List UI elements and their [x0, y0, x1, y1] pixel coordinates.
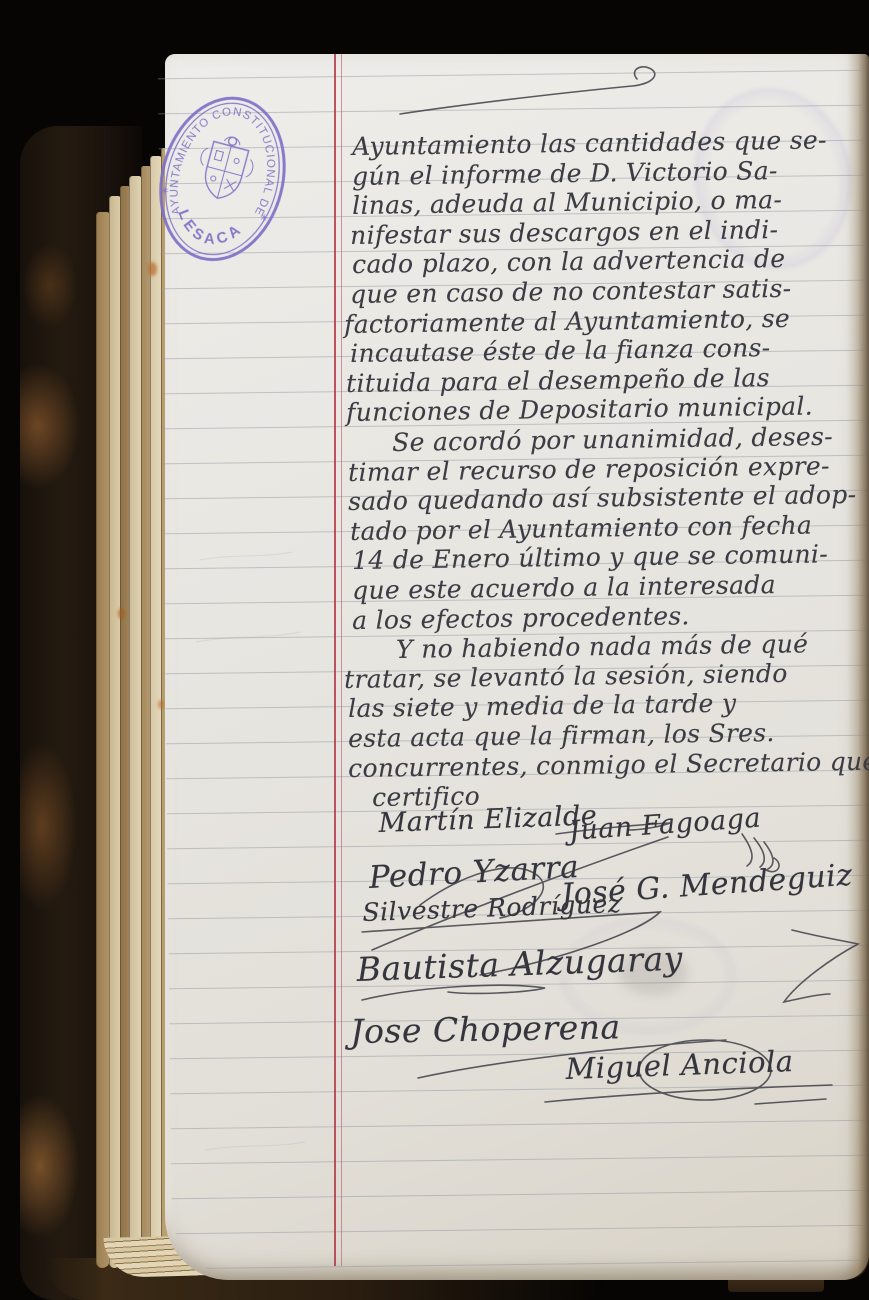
manuscript-line: incautase éste de la fianza cons- [350, 334, 771, 368]
signature-jose-choperena: Jose Choperena [350, 1007, 621, 1051]
manuscript-line: que este acuerdo a la interesada [352, 571, 776, 605]
scanned-manuscript-page: AYUNTAMIENTO CONSTITUCIONAL DE LESACA ✳ … [0, 0, 869, 1300]
manuscript-line: las siete y media de la tarde y [348, 690, 737, 723]
closing-flourish [400, 67, 655, 114]
manuscript-line: esta acta que la firman, los Sres. [348, 719, 775, 753]
manuscript-line: a los efectos procedentes. [352, 602, 690, 635]
